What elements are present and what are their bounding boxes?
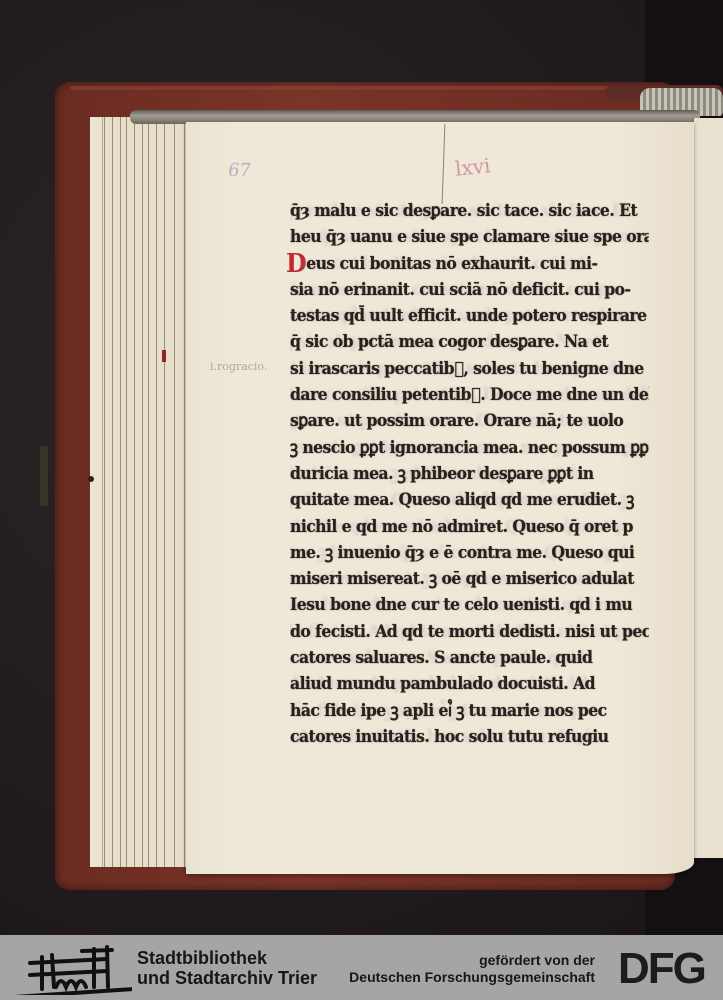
text-line: quitate mea. Queso aliqd qd me erudiet. …	[290, 487, 649, 513]
binding-hole	[88, 476, 94, 482]
funder-line2: Deutschen Forschungsgemeinschaft	[349, 969, 595, 986]
text-line: catores inuitatis. hoc solu tutu refugiu	[290, 724, 649, 750]
text-line: testas qd̄ uult efficit. unde potero res…	[290, 303, 649, 329]
library-name-line1: Stadtbibliothek	[137, 948, 317, 968]
margin-note: i.rogracio.	[210, 360, 267, 373]
dfg-logo-icon: DFG	[618, 945, 705, 993]
funder-credit: gefördert von der Deutschen Forschungsge…	[349, 952, 595, 986]
manuscript-text-block: q̄ȝ malu e sic desꝑare. sic tace. sic ia…	[290, 198, 680, 750]
text-line: nichil e qd me nō admiret. Queso q̄ oret…	[290, 514, 649, 540]
text-line: me. ꝫ inuenio q̄ȝ e ē contra me. Queso q…	[290, 540, 649, 566]
facing-page-edge	[693, 118, 723, 858]
text-line: sia nō erinanit. cui sciā nō deficit. cu…	[290, 277, 649, 303]
scan-background: 67 lxvi i.rogracio. q̄ȝ malu e sic desꝑa…	[0, 0, 723, 935]
text-line: q̄ȝ malu e sic desꝑare. sic tace. sic ia…	[290, 198, 649, 224]
text-line: aliud mundu pambulado docuisti. Ad	[290, 671, 649, 697]
red-bookmark-tab	[162, 350, 166, 362]
text-line: si irascaris peccatib᷒, soles tu benigne…	[290, 356, 649, 382]
page-stack-left	[90, 117, 190, 867]
text-line: miseri misereat. ꝫ oē qd e miserico adul…	[290, 566, 649, 592]
text-line: sꝑare. ut possim orare. Orare nā; te uol…	[290, 408, 649, 434]
library-name-line2: und Stadtarchiv Trier	[137, 968, 317, 988]
text-line: q̄ sic ob pctā mea cogor desꝑare. Na et	[290, 329, 649, 355]
text-line: Iesu bone dne cur te celo uenisti. qd i …	[290, 592, 649, 618]
text-line: Deus cui bonitas nō exhaurit. cui mi-	[286, 251, 648, 277]
clasp-pin	[40, 446, 48, 506]
rubric-initial: D	[286, 251, 306, 277]
text-line: catores saluares. S ancte paule. quid	[290, 645, 649, 671]
text-line: heu q̄ȝ uanu e siue spe clamare siue spe…	[290, 224, 649, 250]
cover-edge-highlight	[70, 86, 630, 90]
text-line: duricia mea. ꝫ phibeor desꝑare ꝑꝑt in	[290, 461, 649, 487]
page-stack-outer-leaf	[90, 117, 103, 867]
quire-mark: lxvi	[454, 153, 492, 181]
text-line: do fecisti. Ad qd te morti dedisti. nisi…	[290, 619, 649, 645]
footer-banner: Stadtbibliothek und Stadtarchiv Trier ge…	[0, 935, 723, 1000]
text-line: dare consiliu petentib᷒. Doce me dne un …	[290, 382, 649, 408]
library-name: Stadtbibliothek und Stadtarchiv Trier	[137, 948, 317, 988]
folio-number: 67	[227, 160, 253, 181]
trier-library-logo-icon	[12, 941, 132, 995]
text-line: ꝫ nescio ꝑꝑt ignorancia mea. nec possum …	[290, 435, 649, 461]
funder-line1: gefördert von der	[349, 952, 595, 969]
text-line: hāc fide ipe ꝫ apli ei᷒ ꝫ tu marie nos p…	[290, 698, 649, 724]
